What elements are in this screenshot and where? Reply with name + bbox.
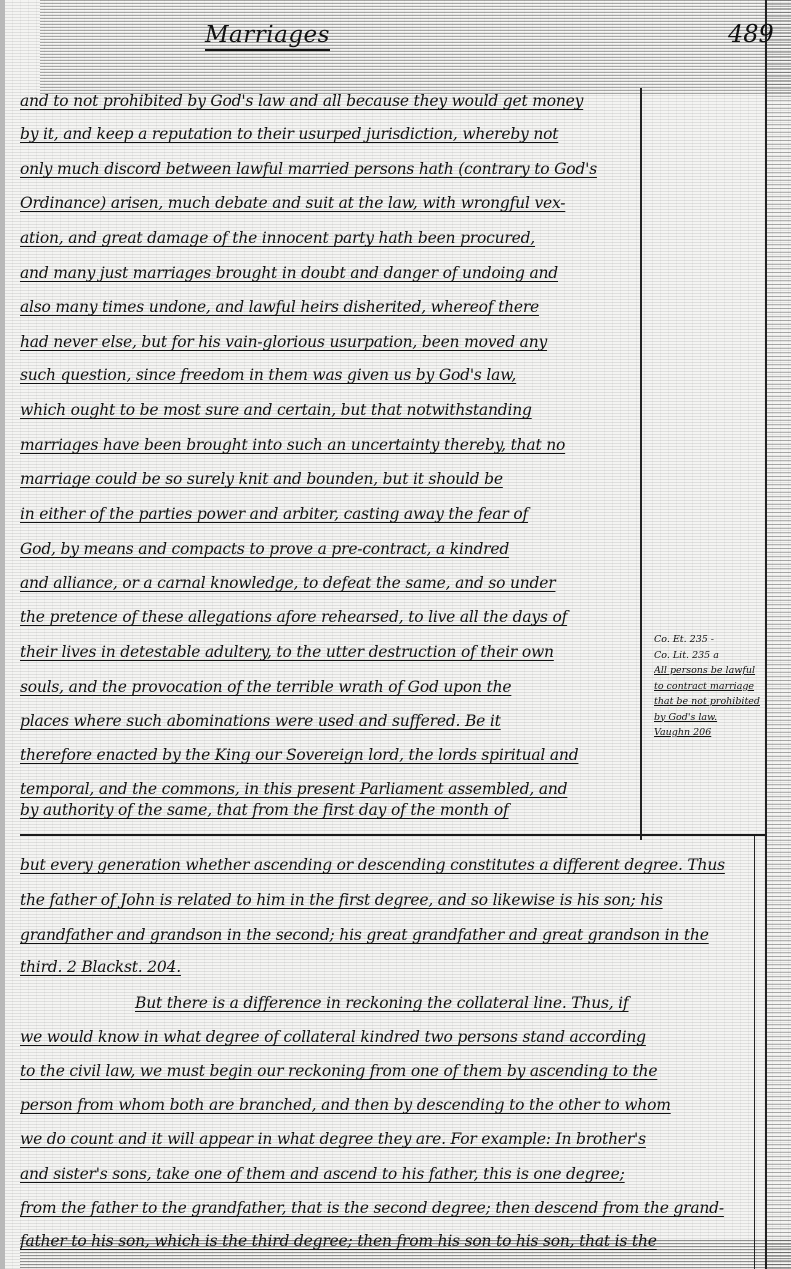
margin-note-line: that be not prohibited	[654, 694, 764, 710]
margin-note-line: Vaughn 206	[654, 725, 764, 741]
text-line: ation, and great damage of the innocent …	[20, 229, 640, 247]
right-margin-strip	[765, 0, 791, 1269]
text-line-last-upper: by authority of the same, that from the …	[20, 801, 640, 819]
text-line: person from whom both are branched, and …	[20, 1096, 760, 1114]
margin-rule-upper	[640, 88, 642, 840]
text-line: and many just marriages brought in doubt…	[20, 264, 640, 282]
scan-smudge-top	[40, 0, 791, 95]
text-line: we would know in what degree of collater…	[20, 1028, 760, 1046]
text-line: in either of the parties power and arbit…	[20, 505, 640, 523]
text-line: their lives in detestable adultery, to t…	[20, 643, 640, 661]
text-line: and to not prohibited by God's law and a…	[20, 92, 640, 110]
section-divider	[20, 834, 765, 836]
text-line: God, by means and compacts to prove a pr…	[20, 540, 640, 558]
margin-note-line: All persons be lawful	[654, 663, 764, 679]
text-line: grandfather and grandson in the second; …	[20, 926, 760, 944]
text-line: Ordinance) arisen, much debate and suit …	[20, 194, 640, 212]
text-line: places where such abominations were used…	[20, 712, 640, 730]
margin-note-line: Co. Et. 235 -	[654, 632, 764, 648]
text-line: to the civil law, we must begin our reck…	[20, 1062, 760, 1080]
text-line: therefore enacted by the King our Sovere…	[20, 746, 640, 764]
text-line: the pretence of these allegations afore …	[20, 608, 640, 626]
margin-citation-note: Co. Et. 235 - Co. Lit. 235 a All persons…	[654, 632, 764, 741]
text-line: and sister's sons, take one of them and …	[20, 1165, 760, 1183]
text-line: souls, and the provocation of the terrib…	[20, 678, 640, 696]
right-edge-rule	[765, 0, 767, 1269]
text-line: we do count and it will appear in what d…	[20, 1130, 760, 1148]
text-line: but every generation whether ascending o…	[20, 856, 760, 874]
margin-note-line: Co. Lit. 235 a	[654, 648, 764, 664]
text-line: such question, since freedom in them was…	[20, 366, 640, 384]
text-line: had never else, but for his vain-gloriou…	[20, 333, 640, 351]
text-line: by it, and keep a reputation to their us…	[20, 125, 640, 143]
page-number: 489	[728, 20, 774, 48]
text-line-paragraph-start: But there is a difference in reckoning t…	[20, 994, 760, 1012]
text-line: marriage could be so surely knit and bou…	[20, 470, 640, 488]
text-line: from the father to the grandfather, that…	[20, 1199, 760, 1217]
margin-note-line: by God's law.	[654, 710, 764, 726]
text-line: temporal, and the commons, in this prese…	[20, 780, 640, 798]
text-line: only much discord between lawful married…	[20, 160, 640, 178]
text-line: and alliance, or a carnal knowledge, to …	[20, 574, 640, 592]
text-line: which ought to be most sure and certain,…	[20, 401, 640, 419]
text-line: third. 2 Blackst. 204.	[20, 958, 760, 976]
margin-note-line: to contract marriage	[654, 679, 764, 695]
page-title: Marriages	[205, 22, 330, 51]
text-line: the father of John is related to him in …	[20, 891, 760, 909]
text-line: father to his son, which is the third de…	[20, 1232, 760, 1250]
text-line: also many times undone, and lawful heirs…	[20, 298, 640, 316]
text-line: marriages have been brought into such an…	[20, 436, 640, 454]
